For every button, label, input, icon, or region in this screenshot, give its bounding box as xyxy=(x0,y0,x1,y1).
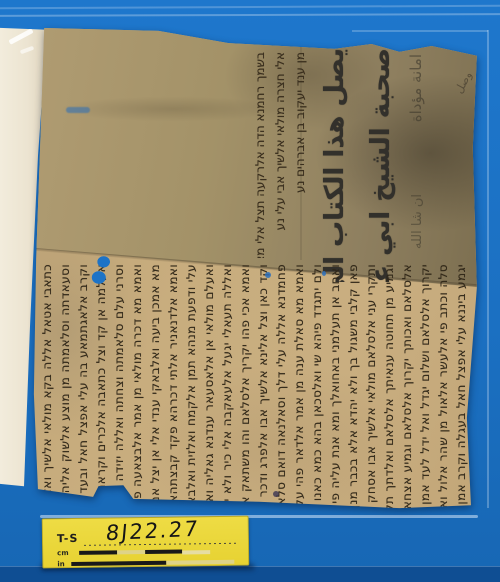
script-line: מא אמכן ביעה ואלבאקי ענדי אלי אן יצל אמר… xyxy=(146,264,164,522)
script-line: ואללה תעאלי יגעל אלעאקבה אלי כיר ולא יכל… xyxy=(218,264,236,522)
sleeve-edge-line xyxy=(0,13,500,17)
classmark-label: T-S 8J22.27 cm in xyxy=(42,516,250,569)
corner-note-script: وصل xyxy=(448,46,492,126)
script-line: ותקרי עני אלסלאם מולאי אלשיך אבו אסחק וא… xyxy=(362,264,380,522)
collection-prefix: T-S xyxy=(57,532,79,546)
blue-ink-dash xyxy=(66,107,90,113)
photograph-stage: בשמך רחמנא הדה אלרקעה תצל אלי מצראלי חצר… xyxy=(0,0,500,582)
ink-dot xyxy=(273,491,279,497)
script-line: אעלמה אן קד וצל כתאבה אלכרים וקראתה ופהמ… xyxy=(92,264,110,522)
script-line: וקרב אלאגתמאע בה עלי אפצל חאל ובעד פאני xyxy=(74,264,92,522)
script-line: ואמא מא סאלת ענה מן אמר אלדאר פהי עלי חא… xyxy=(290,264,308,522)
blue-speck xyxy=(322,271,326,276)
letter-body-script: כתאבי אטאל אללה בקא מולאי אלשיך ואדאם עז… xyxy=(38,264,472,522)
sleeve-edge-line xyxy=(487,30,489,508)
blue-ink-mark xyxy=(90,253,112,287)
script-line: פחמדנא אללה עלי דלך וסאלנאה דואם סלאמתך xyxy=(272,264,290,522)
script-line: יקרוך אלסלאם ושלום יגדל ואל ידל לעד אמן … xyxy=(416,264,434,522)
script-line: ואמא מא דכרה מולאי מן אמר אלבצאעה פקד בע… xyxy=(128,264,146,522)
address-bold-script: يصل هذا الكتاب الى مصرصحبة الشيخ ابي علي xyxy=(312,48,406,282)
script-line: וגמיע מן תחוטה ענאיתך אלסלאם ואלדתך תקרי… xyxy=(380,264,398,522)
script-line: בשמך רחמנא הדה אלרקעה תצל אלי מצר xyxy=(250,52,270,258)
script-line: يصل هذا الكتاب الى مصر xyxy=(312,48,358,282)
script-line: אלסלאם ואכותך יקרוך אלסלאם וגמיע אצחאבנא xyxy=(398,264,416,522)
handwritten-classmark: 8J22.27 xyxy=(105,517,201,546)
dotted-line: 8J22.27 xyxy=(84,524,238,546)
manuscript-fragment: בשמך רחמנא הדה אלרקעה תצל אלי מצראלי חצר… xyxy=(28,26,480,514)
address-faint-script: امانة مؤداة xyxy=(400,54,434,174)
fragment-surface: בשמך רחמנא הדה אלרקעה תצל אלי מצראלי חצר… xyxy=(28,26,480,514)
script-line: ואמא אכי פהו יקריך אלסלאם והו משתאק אליך xyxy=(236,264,254,522)
script-line: וסרני עלם סלאמתה וצחתה ואללה יזידה מן כל… xyxy=(110,264,128,522)
script-line: אלי חצרה מולאי אלשיך אבי עלי נע xyxy=(270,52,290,258)
classmark-row: T-S 8J22.27 xyxy=(57,522,238,547)
scale-bar-cm: cm xyxy=(57,547,238,558)
blue-speck xyxy=(265,272,271,278)
unit-label-cm: cm xyxy=(57,549,79,557)
script-line: ולם יתגדד פיהא שי ואלסכאן בהא כמא כאנו xyxy=(308,264,326,522)
sleeve-edge-line xyxy=(0,5,500,10)
script-line: כתאבי אטאל אללה בקא מולאי אלשיך ואדאם עז… xyxy=(38,264,56,522)
script-line: וסעאדתה וסלאמתה מן מוצע אלשוק אליה ואלחנ… xyxy=(56,264,74,522)
script-line: יגמע ביננא עלי אפצל חאל בעגלה וקרב אמן xyxy=(452,264,470,522)
script-line: صحبة الشيخ ابي علي xyxy=(358,48,404,282)
script-line: סלה וכתב פי אלעשר אלאול מן שהר אלול ואלל… xyxy=(434,264,452,522)
script-line: פאן קלבי משגול בך ולא יהדא אלא בכבר מנך xyxy=(344,264,362,522)
script-line: ואעלם מולאי אן אלאסעאר ענדנא גאליה ואלנא… xyxy=(200,264,218,522)
script-line: וקד כאן וצל אלינא אלשיך אבו אלפרג ודכר א… xyxy=(254,264,272,522)
script-line: ואמא אלדנאניר אלתי דכרהא פקד קבצתהא מן א… xyxy=(164,264,182,522)
script-line: מן ענד יעקוב בן אברהים נע xyxy=(290,52,310,258)
address-small-script: בשמך רחמנא הדה אלרקעה תצל אלי מצראלי חצר… xyxy=(250,52,312,258)
script-line: ואחב אן תעלמני באחואלך ומא אנת עליה פי כ… xyxy=(326,264,344,522)
script-line: עלי ודפעת מנהא תמן אלקמח ואלזית ואלבאקי … xyxy=(182,264,200,522)
